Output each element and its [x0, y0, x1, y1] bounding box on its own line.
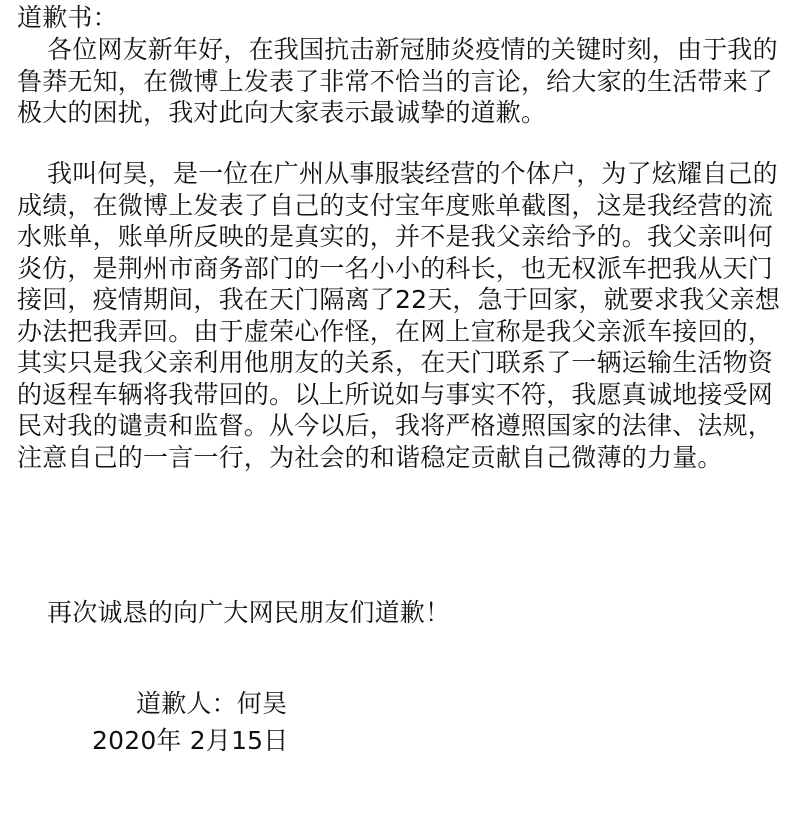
- paragraph2-line: 我叫何昊，是一位在广州从事服装经营的个体户，为了炫耀自己的: [47, 158, 778, 190]
- paragraph1-line: 鲁莽无知，在微博上发表了非常不恰当的言论，给大家的生活带来了: [17, 66, 773, 98]
- paragraph2-line: 炎仿，是荆州市商务部门的一名小小的科长，也无权派车把我从天门: [17, 253, 773, 285]
- paragraph1-line: 极大的困扰，我对此向大家表示最诚挚的道歉。: [17, 97, 546, 129]
- closing-line: 再次诚恳的向广大网民朋友们道歉！: [47, 597, 450, 629]
- paragraph2-line: 成绩，在微博上发表了自己的支付宝年度账单截图，这是我经营的流: [17, 190, 773, 222]
- paragraph2-line: 注意自己的一言一行，为社会的和谐稳定贡献自己微薄的力量。: [17, 442, 723, 474]
- paragraph1-line: 各位网友新年好，在我国抗击新冠肺炎疫情的关键时刻，由于我的: [47, 34, 778, 66]
- paragraph2-line: 接回，疫情期间，我在天门隔离了22天，急于回家，就要求我父亲想: [17, 284, 780, 316]
- signature: 道歉人：何昊: [136, 688, 287, 720]
- letter-title: 道歉书：: [17, 2, 118, 34]
- paragraph2-line: 民对我的谴责和监督。从今以后，我将严格遵照国家的法律、法规，: [17, 410, 773, 442]
- paragraph2-line: 办法把我弄回。由于虚荣心作怪，在网上宣称是我父亲派车接回的，: [17, 316, 773, 348]
- paragraph2-line: 的返程车辆将我带回的。以上所说如与事实不符，我愿真诚地接受网: [17, 379, 773, 411]
- paragraph2-line: 水账单，账单所反映的是真实的，并不是我父亲给予的。我父亲叫何: [17, 221, 773, 253]
- paragraph2-line: 其实只是我父亲利用他朋友的关系，在天门联系了一辆运输生活物资: [17, 347, 773, 379]
- date: 2020年 2月15日: [92, 725, 289, 757]
